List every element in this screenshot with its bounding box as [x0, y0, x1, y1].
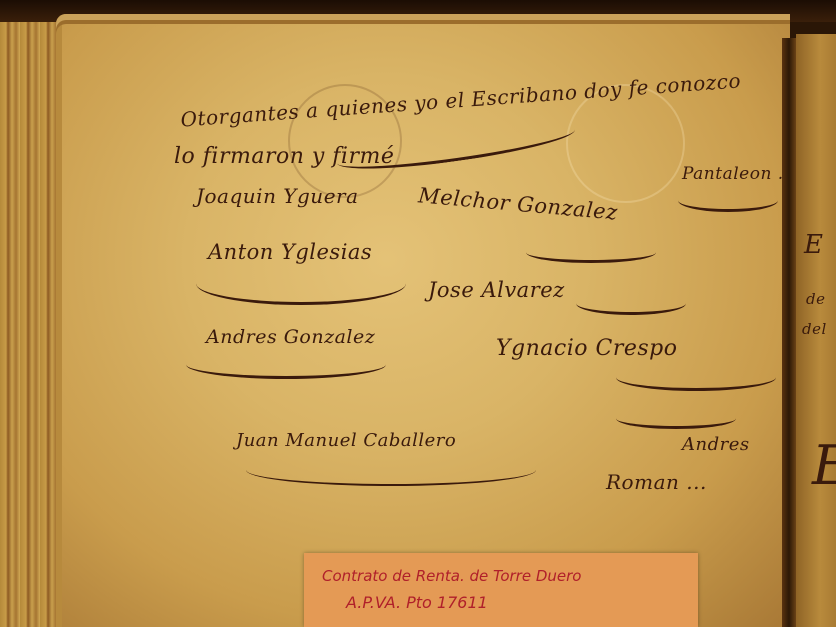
signature-flourish — [616, 408, 736, 429]
archive-label-reference: A.P.VA. Pto 17611 — [346, 593, 488, 612]
signature-pantaleon: Pantaleon ... — [682, 164, 796, 184]
archive-label-title: Contrato de Renta. de Torre Duero — [322, 567, 581, 585]
signature-flourish — [616, 364, 776, 391]
manuscript-page: Otorgantes a quienes yo el Escribano doy… — [56, 14, 790, 627]
signature-juan-manuel-caballero: Juan Manuel Caballero — [236, 430, 456, 451]
signature-joaquin-yguera: Joaquin Yguera — [196, 184, 359, 208]
facing-page-fragment: E — [804, 230, 823, 260]
signature-flourish — [186, 350, 386, 379]
signature-roman: Roman ... — [606, 470, 707, 494]
signature-andres-gonzalez: Andres Gonzalez — [206, 326, 375, 348]
facing-page-fragment: de — [806, 290, 825, 308]
signature-andres: Andres — [682, 434, 750, 455]
signature-ygnacio-crespo: Ygnacio Crespo — [496, 336, 677, 361]
facing-page-fragment: del — [802, 320, 827, 338]
signature-jose-alvarez: Jose Alvarez — [428, 278, 565, 302]
signature-flourish — [576, 292, 686, 315]
signature-flourish — [246, 454, 536, 486]
signature-flourish — [678, 189, 778, 212]
signature-anton-yglesias: Anton Yglesias — [208, 240, 372, 264]
book-gutter — [782, 38, 796, 627]
facing-page: E de del E — [796, 34, 836, 627]
signature-flourish — [196, 262, 406, 305]
archive-label: Contrato de Renta. de Torre Duero A.P.VA… — [304, 553, 698, 627]
photo-scene: Otorgantes a quienes yo el Escribano doy… — [0, 0, 836, 627]
facing-page-fragment: E — [812, 434, 836, 497]
signature-flourish — [526, 242, 656, 263]
